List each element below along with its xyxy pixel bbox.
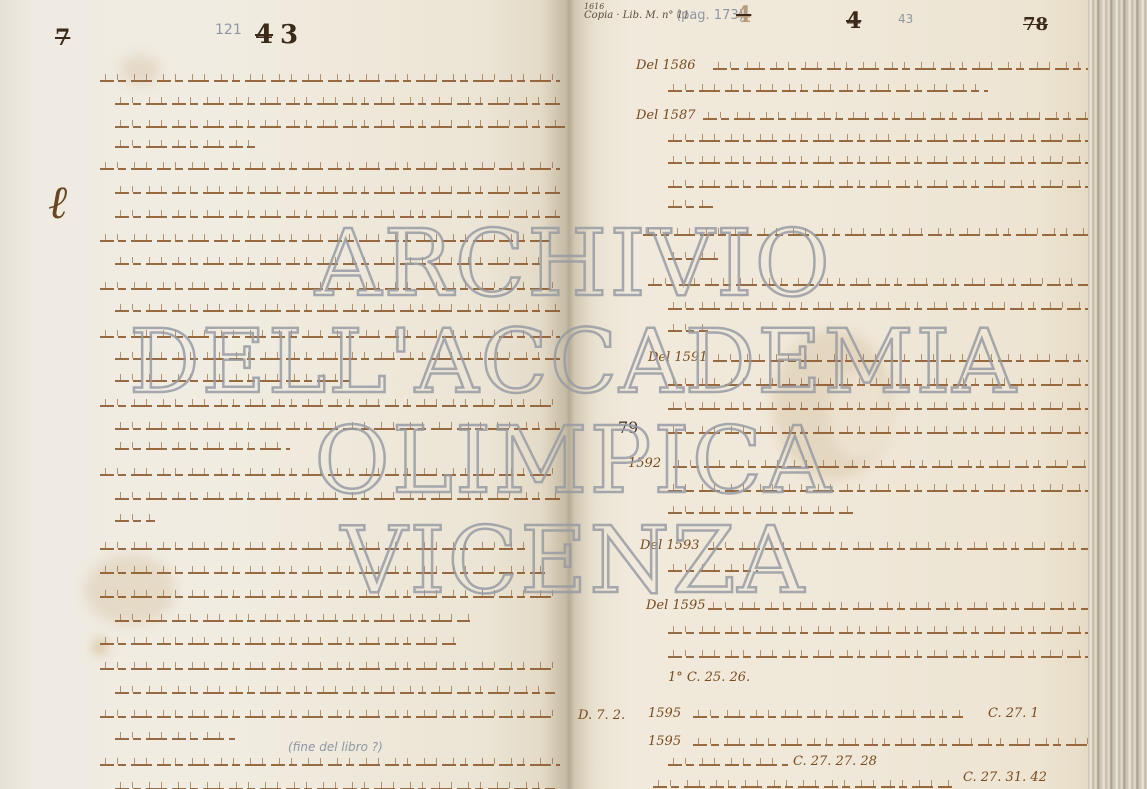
pencil-number: 43 bbox=[898, 12, 913, 26]
struck-folio-number: 7 bbox=[55, 25, 70, 51]
entry-date: 1595 bbox=[648, 706, 681, 721]
struck-folio-right: 78 bbox=[1023, 14, 1048, 35]
entry-date: Del 1586 bbox=[636, 58, 696, 73]
entry-reference: C. 27. 31. 42 bbox=[963, 770, 1047, 785]
entry-date: 1595 bbox=[648, 734, 681, 749]
left-page: 7 121 4 3 ℓ bbox=[0, 0, 568, 789]
margin-mark-icon: ℓ bbox=[48, 175, 67, 229]
entry-reference: 1° C. 25. 26. bbox=[668, 670, 750, 685]
entry-date: Del 1587 bbox=[636, 108, 696, 123]
struck-folio-left: 4 bbox=[736, 2, 751, 28]
entry-reference: C. 27. 1 bbox=[988, 706, 1039, 721]
page-edge bbox=[1088, 0, 1147, 789]
entry-date: Del 1595 bbox=[646, 598, 706, 613]
entry-date: Del 1591 bbox=[648, 350, 708, 365]
entry-date: Del 1593 bbox=[640, 538, 700, 553]
manuscript-spread: 7 121 4 3 ℓ bbox=[0, 0, 1147, 789]
entry-date: 1592 bbox=[628, 456, 661, 471]
pencil-footer-note: (fine del libro ?) bbox=[288, 740, 383, 754]
struck-folio-prefix: 4 bbox=[255, 20, 273, 50]
right-page: 1616 Copia · Lib. M. n° 11. (pag. 173) 4… bbox=[568, 0, 1088, 789]
pencil-page-ref: (pag. 173) bbox=[676, 8, 744, 23]
struck-folio-center: 4 bbox=[846, 8, 861, 34]
folio-number: 3 bbox=[280, 20, 298, 50]
margin-reference: D. 7. 2. bbox=[578, 708, 625, 723]
pencil-number: 121 bbox=[215, 22, 242, 38]
margin-number: 79 bbox=[618, 418, 638, 437]
entry-reference: C. 27. 27. 28 bbox=[793, 754, 877, 769]
